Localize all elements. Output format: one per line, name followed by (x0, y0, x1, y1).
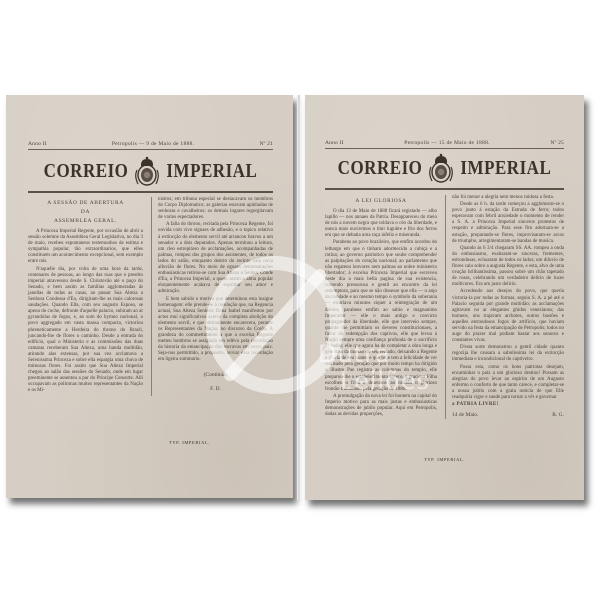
paragraph: E bem sabido o motivo que determinou est… (158, 297, 273, 364)
issue-number: Nº 25 (550, 140, 564, 146)
column-2: nistros; em tribuna especial se destacav… (151, 197, 273, 396)
issue-date: Petropolis — 9 de Maio de 1888. (112, 141, 194, 147)
signature-row: 14 de Maio. R. G. (452, 412, 564, 418)
masthead-word-2: IMPERIAL (460, 157, 551, 180)
page-gap (297, 95, 301, 500)
paragraph: Quando ás 6 3/4 chegaram SS. AA. rompeu … (452, 246, 564, 289)
masthead: CORREIO IMPERIAL (28, 151, 273, 193)
column-1: A SESSÃO DE ABERTURA DA ASSEMBLEA GERAL.… (28, 197, 143, 396)
issue-year: Anno II (325, 140, 344, 146)
masthead: CORREIO IMPERIAL (325, 148, 564, 190)
paragraph: A promulgação da nova lei foi hontem na … (325, 394, 437, 418)
watermark-text-1: Dutra (318, 340, 391, 368)
paragraph: não foi menor a alegria nem menos ruidos… (452, 195, 564, 201)
author-signature: F. D. (158, 386, 273, 392)
dateline: 14 de Maio. (452, 412, 478, 418)
paragraph: N'aquelle dia, por volta de uma hora da … (28, 267, 143, 395)
title-line: A SESSÃO DE ABERTURA (28, 199, 143, 208)
article-title: A LEI GLORIOSA (325, 197, 437, 206)
closing-line: a PATRIA LIVRE! (452, 402, 564, 408)
paragraph: nistros; em tribuna especial se destacav… (158, 197, 273, 221)
paragraph: A falla do throno, recitada pela Princez… (158, 222, 273, 295)
title-line: ASSEMBLEA GERAL. (28, 217, 143, 226)
printer-imprint: TYP. IMPERIAL. (305, 457, 584, 462)
newspaper-page-right: Anno II Petropolis — 15 de Maio de 1888.… (305, 95, 584, 500)
printer-imprint: TYP. IMPERIAL. (86, 440, 293, 445)
article-title: A SESSÃO DE ABERTURA DA ASSEMBLEA GERAL. (28, 199, 143, 226)
paragraph: Possa esta, como os bons patriotas desej… (452, 365, 564, 402)
masthead-word-1: CORREIO (44, 160, 129, 183)
column-2: não foi menor a alegria nem menos ruidos… (445, 195, 564, 419)
paragraph: A Princeza Imperial Regente, por occasiã… (28, 229, 143, 266)
imperial-crest-icon (134, 154, 160, 188)
masthead-word-1: CORREIO (338, 157, 423, 180)
author-signature: R. G. (552, 412, 564, 418)
issue-header: Anno II Petropolis — 9 de Maio de 1888. … (28, 141, 273, 150)
title-line: DA (28, 208, 143, 217)
issue-date: Petropolis — 15 de Maio de 1888. (404, 140, 490, 146)
paragraph: D'esta sorte demonstrou a gentil cidade … (452, 345, 564, 363)
imperial-crest-icon (428, 151, 454, 185)
newspaper-page-left: Anno II Petropolis — 9 de Maio de 1888. … (6, 95, 293, 498)
masthead-word-2: IMPERIAL (166, 160, 257, 183)
issue-number: Nº 21 (259, 141, 273, 147)
issue-year: Anno II (28, 141, 47, 147)
paragraph: O dia 13 de Maio de 1888 ficará registad… (325, 209, 437, 239)
paragraph: Accedendo aos desejos do povo, que queri… (452, 289, 564, 344)
article-columns: A SESSÃO DE ABERTURA DA ASSEMBLEA GERAL.… (28, 197, 273, 396)
continued-note: (Continúa) (158, 372, 273, 378)
paragraph: Desde as 6 h. da tarde começou a agglome… (452, 202, 564, 245)
watermark-text-2: Leilões (340, 367, 430, 395)
